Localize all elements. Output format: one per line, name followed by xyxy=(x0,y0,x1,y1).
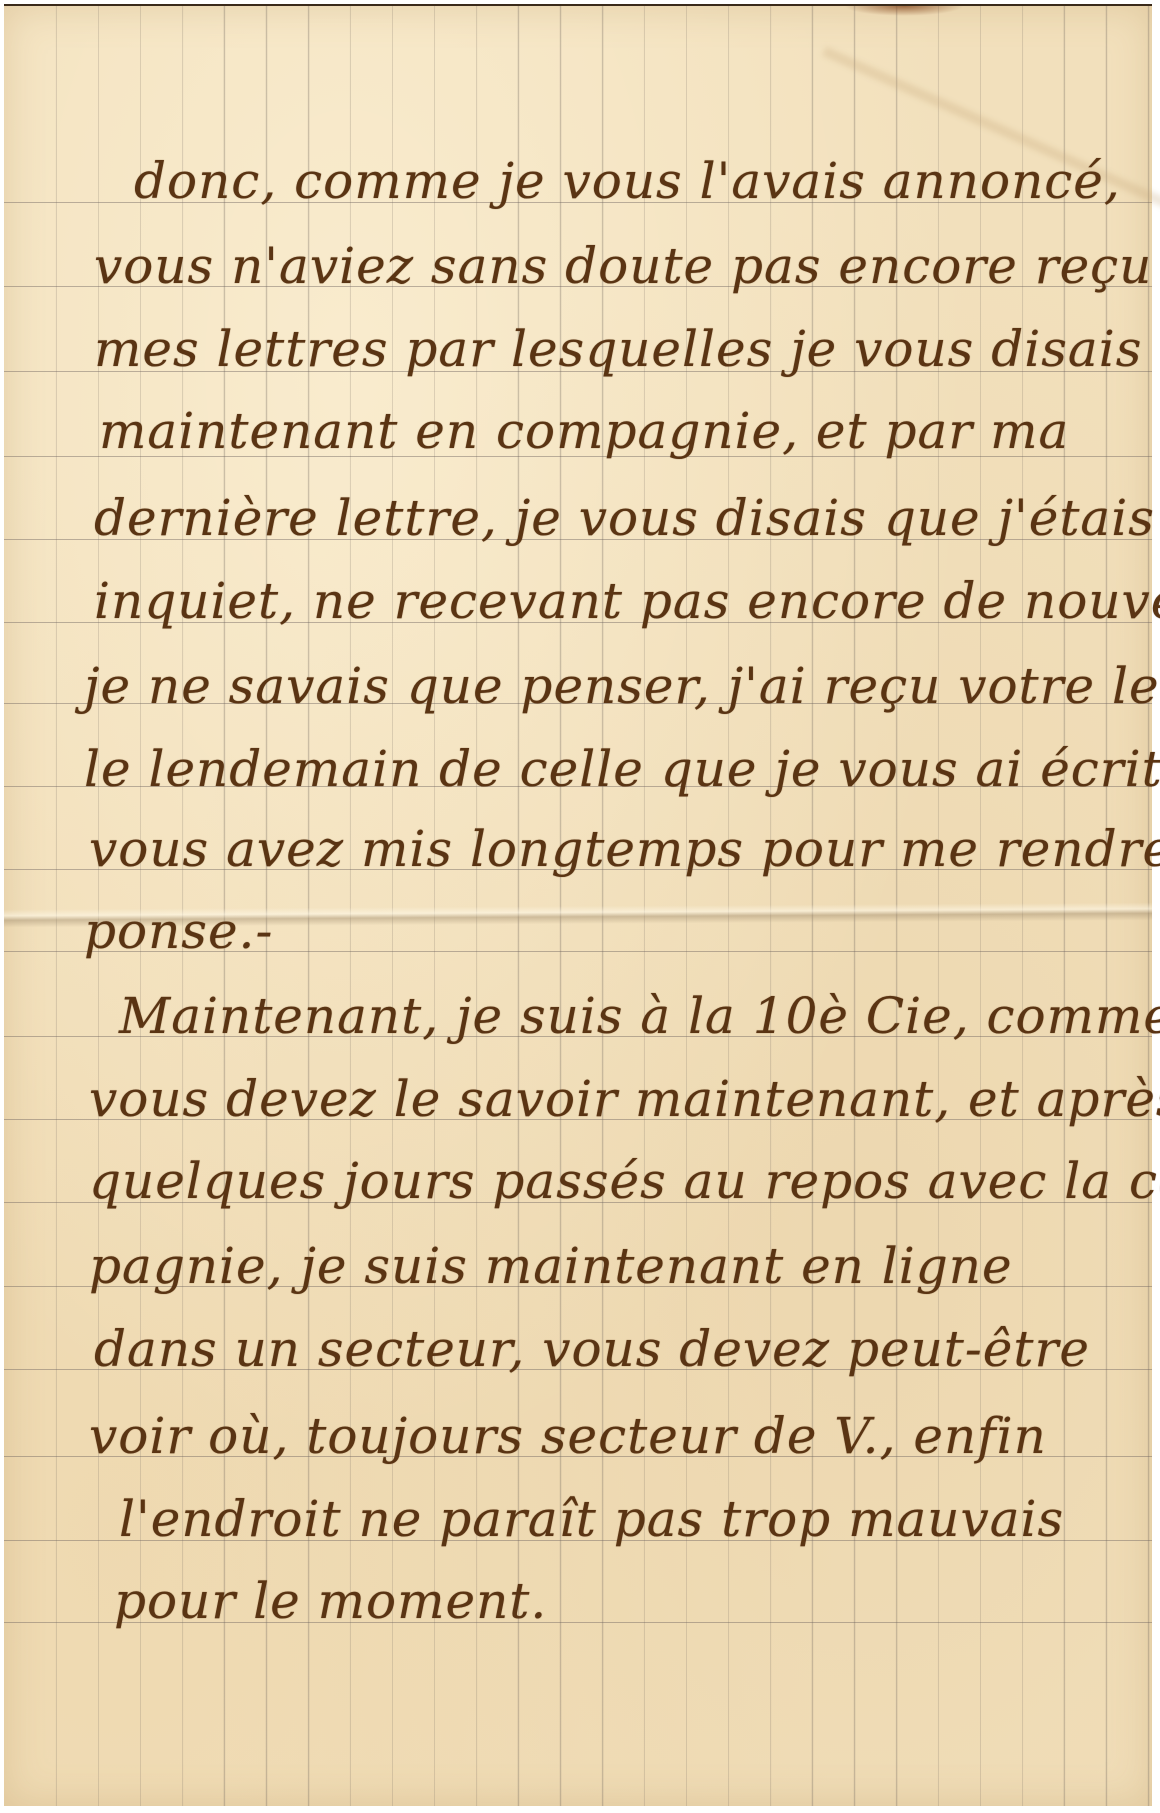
letter-line: voir où, toujours secteur de V., enfin xyxy=(89,1411,1047,1461)
letter-line: inquiet, ne recevant pas encore de nouve… xyxy=(94,576,1160,626)
letter-line: Maintenant, je suis à la 10è Cie, comme xyxy=(119,991,1160,1041)
letter-line: vous devez le savoir maintenant, et aprè… xyxy=(89,1074,1160,1124)
letter-line: pour le moment. xyxy=(114,1576,547,1626)
letter-page: donc, comme je vous l'avais annoncé, vou… xyxy=(4,4,1152,1806)
letter-line: l'endroit ne paraît pas trop mauvais xyxy=(119,1494,1064,1544)
letter-line: maintenant en compagnie, et par ma xyxy=(99,406,1069,456)
letter-line: donc, comme je vous l'avais annoncé, xyxy=(134,156,1121,206)
letter-line: je ne savais que penser, j'ai reçu votre… xyxy=(84,661,1160,711)
letter-line: ponse.- xyxy=(84,906,273,956)
letter-line: mes lettres par lesquelles je vous disai… xyxy=(94,324,1160,374)
ink-stain xyxy=(844,6,964,16)
letter-line: dans un secteur, vous devez peut-être xyxy=(94,1324,1090,1374)
letter-line: dernière lettre, je vous disais que j'ét… xyxy=(94,493,1155,543)
letter-line: le lendemain de celle que je vous ai écr… xyxy=(84,744,1160,794)
letter-line: quelques jours passés au repos avec la c… xyxy=(89,1156,1160,1206)
letter-line: pagnie, je suis maintenant en ligne xyxy=(89,1241,1013,1291)
letter-line: vous avez mis longtemps pour me rendre r… xyxy=(89,824,1160,874)
letter-line: vous n'aviez sans doute pas encore reçu xyxy=(94,241,1152,291)
